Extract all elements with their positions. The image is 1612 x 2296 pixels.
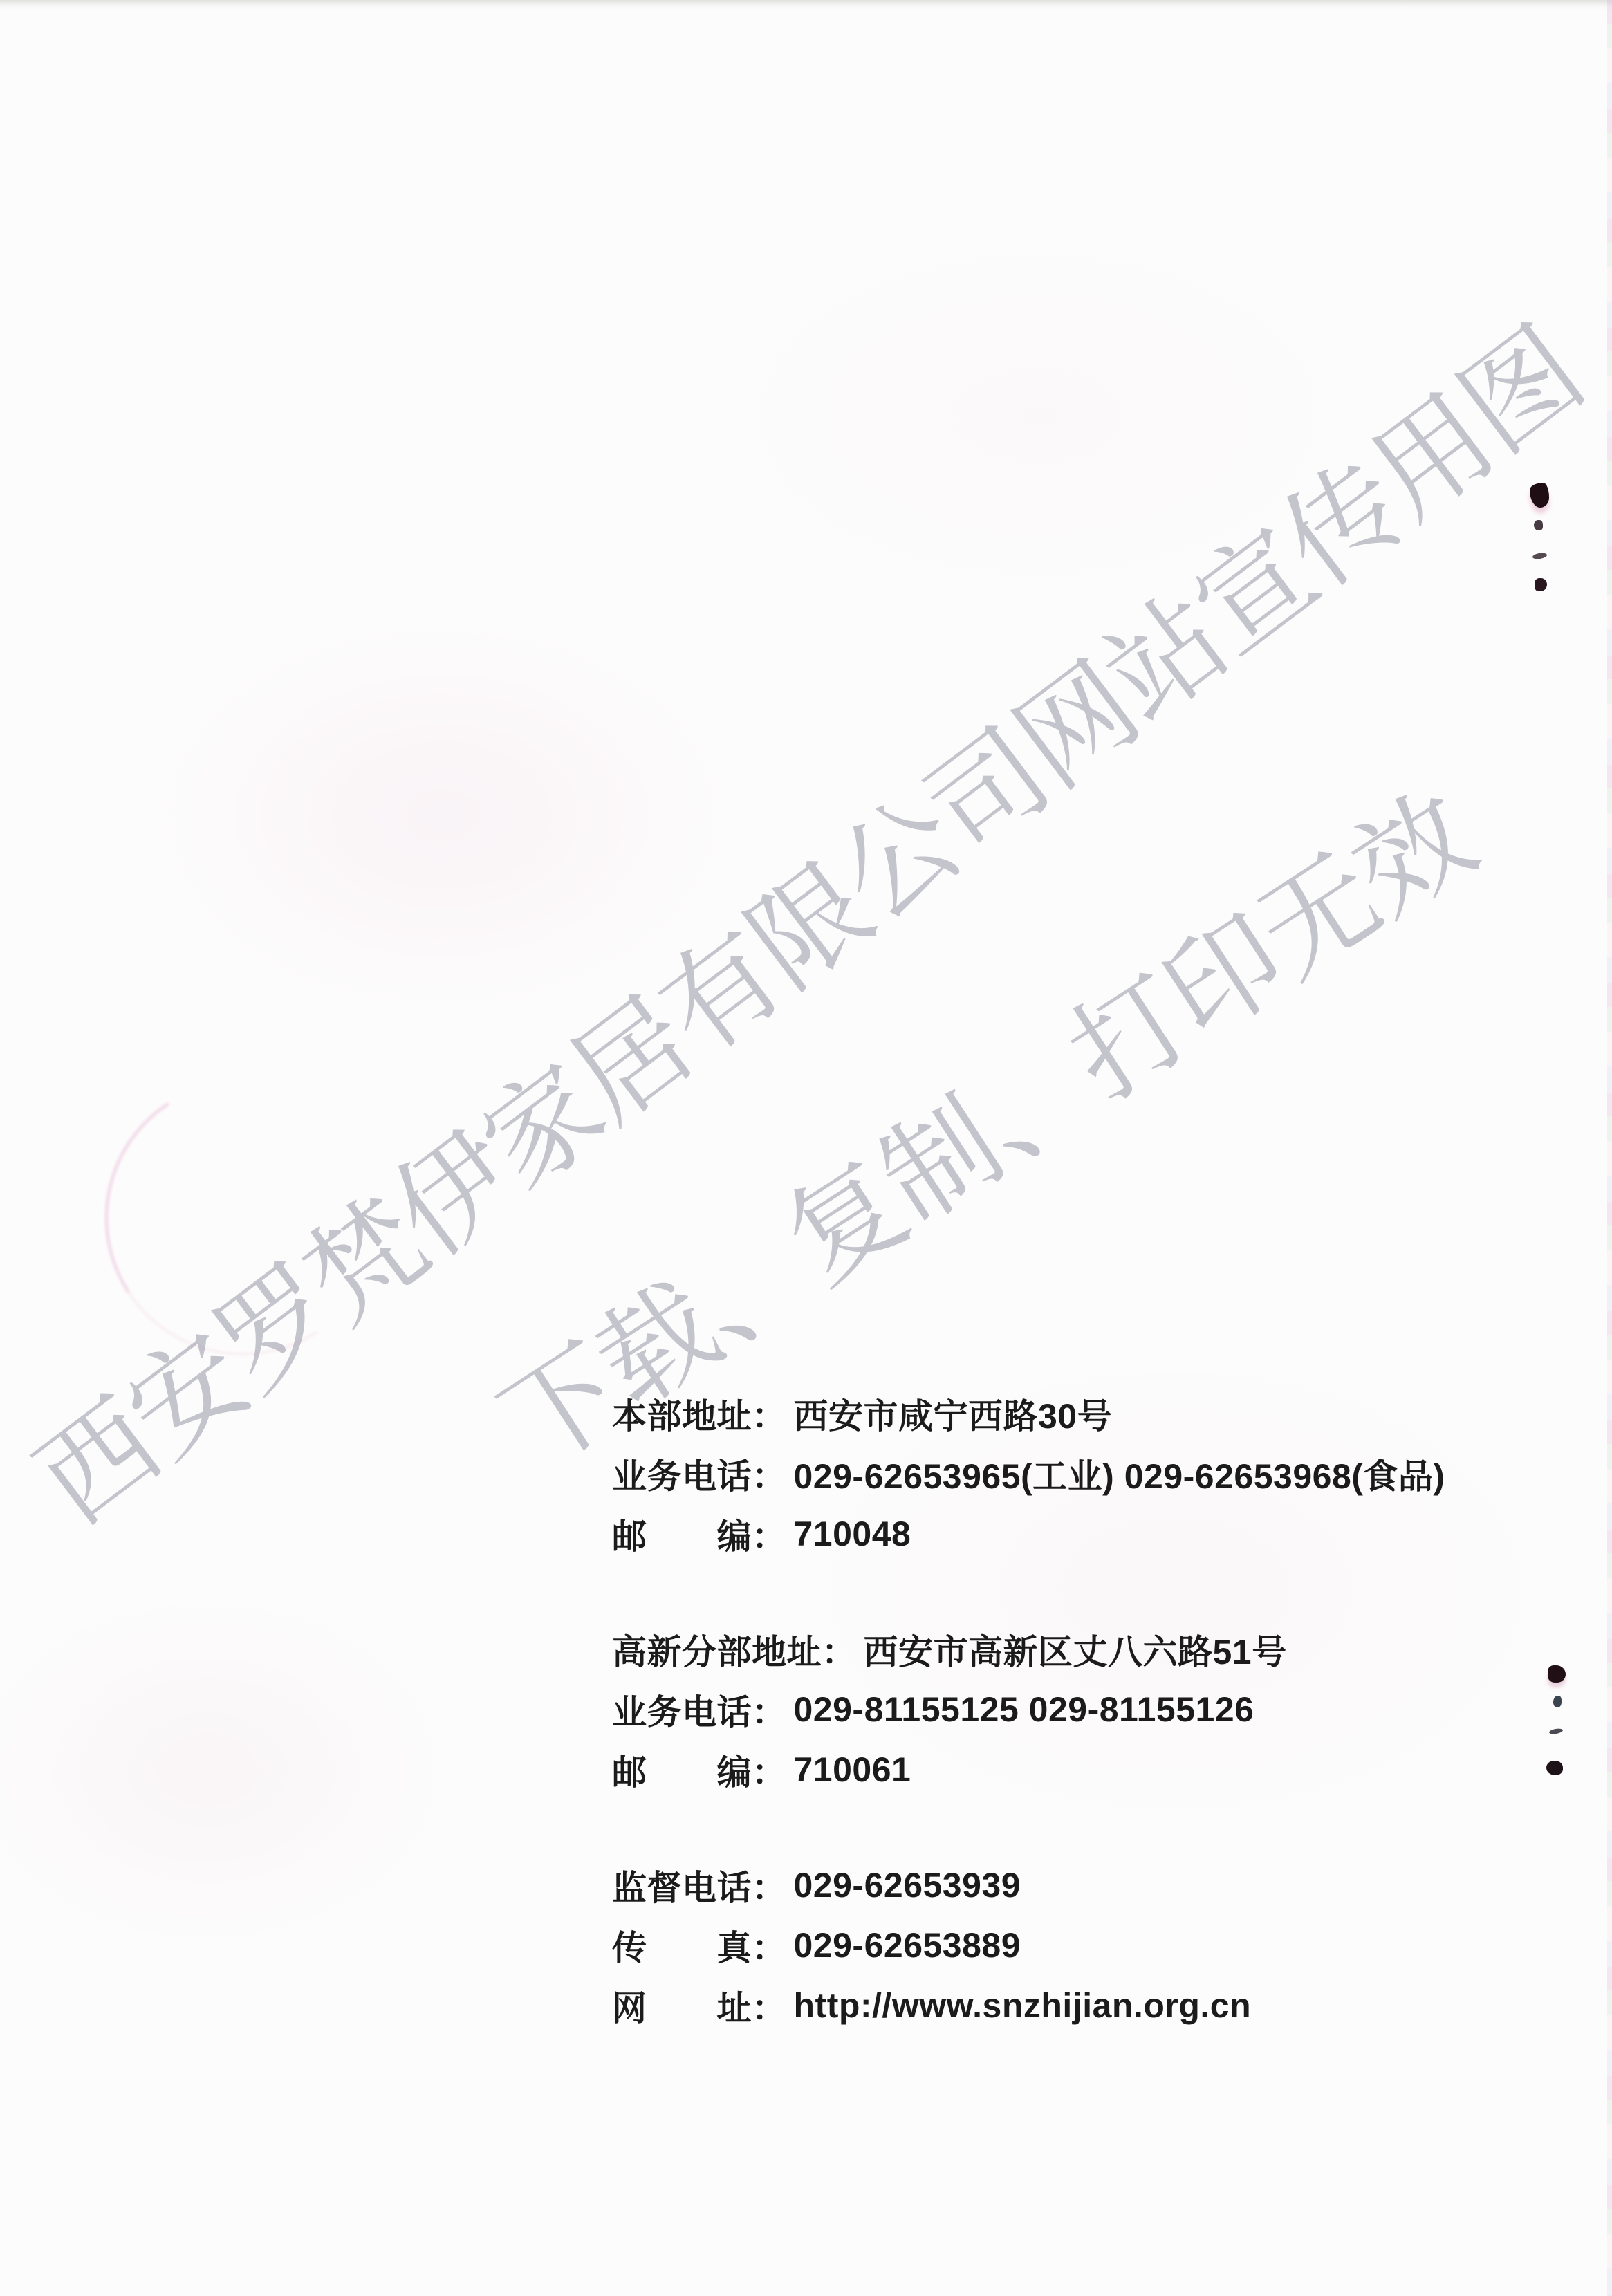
contact-row-hq-phone: 业务电话： 029-62653965(工业) 029-62653968(食品): [612, 1443, 1445, 1503]
binding-mark: [1532, 552, 1548, 559]
contact-row-supervision-phone: 监督电话： 029-62653939: [612, 1855, 1445, 1915]
contact-block-general: 监督电话： 029-62653939 传 真： 029-62653889 网 址…: [612, 1855, 1445, 2035]
row-label: 网 址：: [612, 1981, 787, 2030]
row-value: http://www.snzhijian.org.cn: [794, 1985, 1252, 2026]
row-label: 监督电话：: [612, 1860, 787, 1910]
contact-row-branch-address: 高新分部地址： 西安市高新区丈八六路51号: [612, 1619, 1445, 1679]
contact-info: 本部地址： 西安市咸宁西路30号 业务电话： 029-62653965(工业) …: [612, 1383, 1445, 2091]
binding-mark: [1535, 578, 1547, 591]
contact-block-hightech-branch: 高新分部地址： 西安市高新区丈八六路51号 业务电话： 029-81155125…: [612, 1619, 1445, 1799]
scan-right-edge-artifact: [1607, 0, 1612, 2296]
row-value: 710048: [794, 1514, 911, 1554]
contact-row-hq-address: 本部地址： 西安市咸宁西路30号: [612, 1383, 1445, 1443]
binding-mark: [1553, 1696, 1562, 1707]
contact-block-headquarters: 本部地址： 西安市咸宁西路30号 业务电话： 029-62653965(工业) …: [612, 1383, 1445, 1564]
row-label: 业务电话：: [612, 1685, 787, 1734]
row-label: 传 真：: [612, 1920, 787, 1970]
scan-top-edge-artifact: [0, 0, 1612, 11]
row-value: 029-81155125 029-81155126: [794, 1689, 1254, 1730]
row-label: 邮 编：: [612, 1745, 787, 1795]
row-label: 本部地址：: [612, 1389, 787, 1438]
row-label: 邮 编：: [612, 1509, 787, 1559]
row-value: 西安市咸宁西路30号: [794, 1389, 1113, 1438]
contact-row-website: 网 址： http://www.snzhijian.org.cn: [612, 1975, 1445, 2035]
binding-mark: [1548, 1665, 1566, 1683]
row-label: 高新分部地址：: [612, 1624, 857, 1674]
row-value: 029-62653889: [794, 1925, 1021, 1965]
binding-mark: [1546, 1761, 1563, 1775]
contact-row-hq-zipcode: 邮 编： 710048: [612, 1503, 1445, 1564]
binding-mark: [1530, 483, 1549, 508]
row-value: 710061: [794, 1750, 911, 1790]
row-value: 029-62653939: [794, 1865, 1021, 1905]
row-value: 西安市高新区丈八六路51号: [864, 1624, 1287, 1674]
contact-row-branch-phone: 业务电话： 029-81155125 029-81155126: [612, 1679, 1445, 1739]
scanned-document-page: 西安罗梵伊家居有限公司网站宣传用图 下载、复制、打印无效 本部地址： 西安市咸宁…: [0, 0, 1612, 2296]
binding-mark: [1534, 520, 1543, 530]
binding-mark: [1549, 1728, 1564, 1734]
contact-row-branch-zipcode: 邮 编： 710061: [612, 1739, 1445, 1799]
row-label: 业务电话：: [612, 1449, 787, 1499]
contact-row-fax: 传 真： 029-62653889: [612, 1915, 1445, 1975]
row-value: 029-62653965(工业) 029-62653968(食品): [794, 1449, 1445, 1499]
